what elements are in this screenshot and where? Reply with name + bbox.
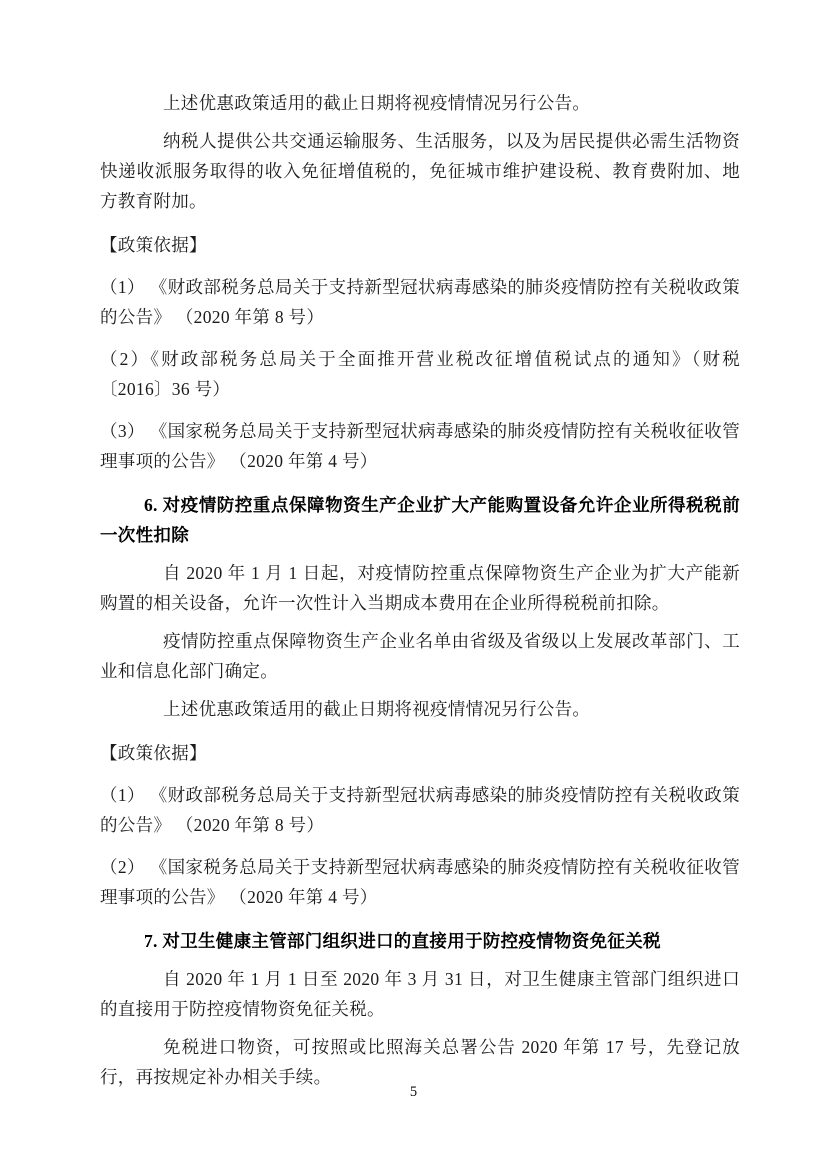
page-footer: 5: [0, 1082, 827, 1102]
policy-basis-label: 【政策依据】: [100, 738, 740, 768]
policy-reference-item: （1） 《财政部税务总局关于支持新型冠状病毒感染的肺炎疫情防控有关税收政策的公告…: [100, 780, 740, 840]
policy-reference-item: （2）《财政部税务总局关于全面推开营业税改征增值税试点的通知》（财税〔2016〕…: [100, 344, 740, 404]
section-heading: 7. 对卫生健康主管部门组织进口的直接用于防控疫情物资免征关税: [100, 926, 740, 956]
document-page: 上述优惠政策适用的截止日期将视疫情情况另行公告。纳税人提供公共交通运输服务、生活…: [0, 0, 827, 1170]
body-paragraph: 自 2020 年 1 月 1 日至 2020 年 3 月 31 日，对卫生健康主…: [100, 964, 740, 1024]
page-number: 5: [410, 1084, 417, 1100]
policy-reference-item: （1） 《财政部税务总局关于支持新型冠状病毒感染的肺炎疫情防控有关税收政策的公告…: [100, 272, 740, 332]
policy-reference-item: （3） 《国家税务总局关于支持新型冠状病毒感染的肺炎疫情防控有关税收征收管理事项…: [100, 416, 740, 476]
body-paragraph: 纳税人提供公共交通运输服务、生活服务，以及为居民提供必需生活物资快递收派服务取得…: [100, 126, 740, 216]
document-content: 上述优惠政策适用的截止日期将视疫情情况另行公告。纳税人提供公共交通运输服务、生活…: [100, 88, 740, 1092]
section-heading: 6. 对疫情防控重点保障物资生产企业扩大产能购置设备允许企业所得税税前一次性扣除: [100, 490, 740, 550]
body-paragraph: 疫情防控重点保障物资生产企业名单由省级及省级以上发展改革部门、工业和信息化部门确…: [100, 626, 740, 686]
body-paragraph: 自 2020 年 1 月 1 日起，对疫情防控重点保障物资生产企业为扩大产能新购…: [100, 558, 740, 618]
policy-basis-label: 【政策依据】: [100, 230, 740, 260]
body-paragraph: 上述优惠政策适用的截止日期将视疫情情况另行公告。: [100, 694, 740, 724]
policy-reference-item: （2） 《国家税务总局关于支持新型冠状病毒感染的肺炎疫情防控有关税收征收管理事项…: [100, 852, 740, 912]
body-paragraph: 上述优惠政策适用的截止日期将视疫情情况另行公告。: [100, 88, 740, 118]
